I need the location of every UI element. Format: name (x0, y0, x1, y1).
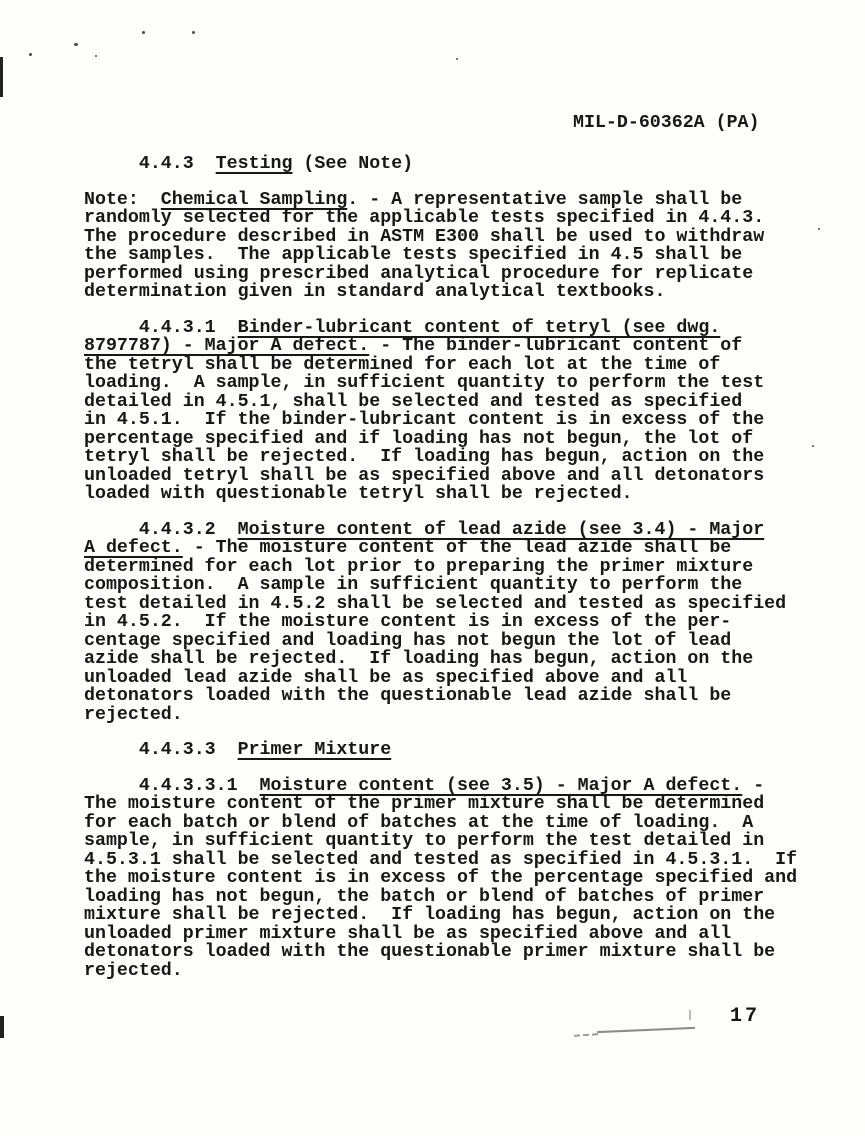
text-run: the tetryl shall be determined for each … (84, 355, 720, 375)
scan-speck (95, 55, 97, 57)
pencil-mark-dashes (574, 1033, 598, 1037)
scan-speck (456, 58, 458, 60)
document-page: MIL-D-60362A (PA) 4.4.3 Testing (See Not… (0, 0, 865, 1136)
pencil-mark-tick (689, 1010, 691, 1020)
text-line: sample, in sufficient quantity to perfor… (84, 832, 834, 851)
text-line: 4.5.3.1 shall be selected and tested as … (84, 851, 834, 870)
note-chemical-sampling-paragraph: Note: Chemical Sampling. - A representat… (84, 191, 834, 302)
document-body: 4.4.3 Testing (See Note)Note: Chemical S… (84, 155, 834, 997)
text-run: The moisture content of the primer mixtu… (84, 794, 764, 814)
text-run: detonators loaded with the questionable … (84, 942, 775, 962)
text-run: test detailed in 4.5.2 shall be selected… (84, 594, 786, 614)
text-line: unloaded tetryl shall be as specified ab… (84, 467, 834, 486)
text-line: 4.4.3.3 Primer Mixture (84, 741, 834, 760)
text-line: detonators loaded with the questionable … (84, 687, 834, 706)
text-line: unloaded primer mixture shall be as spec… (84, 925, 834, 944)
text-line: A defect. - The moisture content of the … (84, 539, 834, 558)
underlined-text-run: 8797787) - Major A defect. (84, 336, 369, 356)
text-line: the moisture content is in excess of the… (84, 869, 834, 888)
text-run: in 4.5.1. If the binder-lubricant conten… (84, 410, 764, 430)
text-line: in 4.5.2. If the moisture content is in … (84, 613, 834, 632)
text-line: loaded with questionable tetryl shall be… (84, 485, 834, 504)
text-run: percentage specified and if loading has … (84, 429, 753, 449)
text-run: azide shall be rejected. If loading has … (84, 649, 753, 669)
text-run: detonators loaded with the questionable … (84, 686, 731, 706)
text-run: the moisture content is in excess of the… (84, 868, 797, 888)
underlined-text-run: Moisture content of lead azide (see 3.4)… (238, 520, 765, 540)
text-line: azide shall be rejected. If loading has … (84, 650, 834, 669)
underlined-text-run: Binder-lubricant content of tetryl (see … (238, 318, 721, 338)
text-line: performed using prescribed analytical pr… (84, 265, 834, 284)
text-line: loading. A sample, in sufficient quantit… (84, 374, 834, 393)
page-number: 17 (730, 1005, 760, 1028)
text-line: percentage specified and if loading has … (84, 430, 834, 449)
text-run: tetryl shall be rejected. If loading has… (84, 447, 764, 467)
text-run: centage specified and loading has not be… (84, 631, 731, 651)
text-run: unloaded tetryl shall be as specified ab… (84, 466, 764, 486)
text-run: 4.4.3.2 (84, 520, 238, 540)
underlined-text-run: A defect. (84, 538, 183, 558)
text-run: The procedure described in ASTM E300 sha… (84, 227, 764, 247)
text-run: - (742, 776, 764, 796)
text-run: composition. A sample in sufficient quan… (84, 575, 742, 595)
scan-speck (74, 43, 78, 46)
text-run: determined for each lot prior to prepari… (84, 557, 753, 577)
scan-edge-mark (0, 1016, 4, 1038)
text-line: determination given in standard analytic… (84, 283, 834, 302)
underlined-text-run: Chemical Sampling (161, 190, 348, 210)
text-run: - The binder-lubricant content of (369, 336, 742, 356)
text-line: 4.4.3.3.1 Moisture content (see 3.5) - M… (84, 777, 834, 796)
text-line: mixture shall be rejected. If loading ha… (84, 906, 834, 925)
spec-number-header: MIL-D-60362A (PA) (573, 113, 760, 133)
text-line: in 4.5.1. If the binder-lubricant conten… (84, 411, 834, 430)
text-line: The moisture content of the primer mixtu… (84, 795, 834, 814)
text-line: detonators loaded with the questionable … (84, 943, 834, 962)
text-line: the samples. The applicable tests specif… (84, 246, 834, 265)
scan-speck (812, 445, 814, 447)
text-line: 4.4.3.2 Moisture content of lead azide (… (84, 521, 834, 540)
underlined-text-run: Testing (216, 154, 293, 174)
text-line: The procedure described in ASTM E300 sha… (84, 228, 834, 247)
text-run: the samples. The applicable tests specif… (84, 245, 742, 265)
text-run: for each batch or blend of batches at th… (84, 813, 753, 833)
text-run: rejected. (84, 705, 183, 725)
text-run: 4.5.3.1 shall be selected and tested as … (84, 850, 797, 870)
section-4-4-3-2-paragraph: 4.4.3.2 Moisture content of lead azide (… (84, 521, 834, 725)
text-run: in 4.5.2. If the moisture content is in … (84, 612, 731, 632)
text-line: rejected. (84, 706, 834, 725)
scan-speck (192, 31, 195, 34)
text-line: 4.4.3 Testing (See Note) (84, 155, 834, 174)
text-run: loaded with questionable tetryl shall be… (84, 484, 633, 504)
section-4-4-3-3-heading: 4.4.3.3 Primer Mixture (84, 741, 834, 760)
scan-edge-mark (0, 57, 3, 97)
text-run: rejected. (84, 961, 183, 981)
text-run: loading has not begun, the batch or blen… (84, 887, 764, 907)
text-run: mixture shall be rejected. If loading ha… (84, 905, 775, 925)
text-line: loading has not begun, the batch or blen… (84, 888, 834, 907)
text-run: randomly selected for the applicable tes… (84, 208, 764, 228)
text-line: Note: Chemical Sampling. - A representat… (84, 191, 834, 210)
text-line: unloaded lead azide shall be as specifie… (84, 669, 834, 688)
scan-speck (818, 228, 820, 230)
text-run: 4.4.3.3 (84, 740, 238, 760)
text-line: 4.4.3.1 Binder-lubricant content of tetr… (84, 319, 834, 338)
text-run: detailed in 4.5.1, shall be selected and… (84, 392, 742, 412)
text-run: 4.4.3.1 (84, 318, 238, 338)
text-line: the tetryl shall be determined for each … (84, 356, 834, 375)
underlined-text-run: Primer Mixture (238, 740, 392, 760)
text-run: sample, in sufficient quantity to perfor… (84, 831, 764, 851)
section-4-4-3-3-1-paragraph: 4.4.3.3.1 Moisture content (see 3.5) - M… (84, 777, 834, 981)
text-run: 4.4.3.3.1 (84, 776, 260, 796)
text-line: test detailed in 4.5.2 shall be selected… (84, 595, 834, 614)
text-line: tetryl shall be rejected. If loading has… (84, 448, 834, 467)
text-run: 4.4.3 (84, 154, 216, 174)
text-line: detailed in 4.5.1, shall be selected and… (84, 393, 834, 412)
text-run: loading. A sample, in sufficient quantit… (84, 373, 764, 393)
text-line: centage specified and loading has not be… (84, 632, 834, 651)
text-line: randomly selected for the applicable tes… (84, 209, 834, 228)
text-line: determined for each lot prior to prepari… (84, 558, 834, 577)
text-run: - The moisture content of the lead azide… (183, 538, 732, 558)
text-line: 8797787) - Major A defect. - The binder-… (84, 337, 834, 356)
scan-speck (142, 31, 145, 34)
text-run: Note: (84, 190, 161, 210)
text-line: composition. A sample in sufficient quan… (84, 576, 834, 595)
text-line: for each batch or blend of batches at th… (84, 814, 834, 833)
text-run: . - A representative sample shall be (347, 190, 742, 210)
scan-speck (29, 53, 32, 56)
text-run: unloaded lead azide shall be as specifie… (84, 668, 687, 688)
section-4-4-3-heading: 4.4.3 Testing (See Note) (84, 155, 834, 174)
text-run: unloaded primer mixture shall be as spec… (84, 924, 731, 944)
underlined-text-run: Moisture content (see 3.5) - Major A def… (260, 776, 743, 796)
text-run: (See Note) (292, 154, 413, 174)
text-run: performed using prescribed analytical pr… (84, 264, 753, 284)
text-line: rejected. (84, 962, 834, 981)
pencil-mark-line (597, 1027, 695, 1033)
text-run: determination given in standard analytic… (84, 282, 665, 302)
section-4-4-3-1-paragraph: 4.4.3.1 Binder-lubricant content of tetr… (84, 319, 834, 504)
